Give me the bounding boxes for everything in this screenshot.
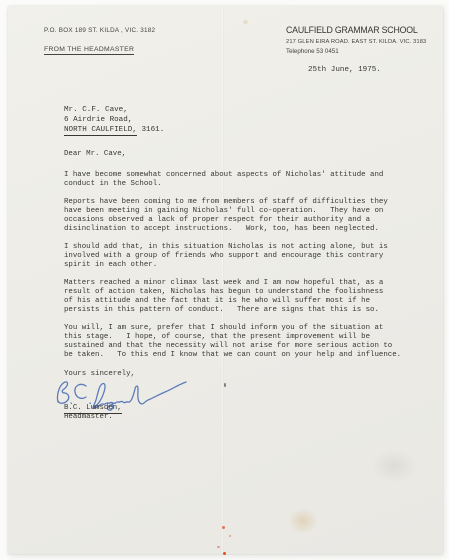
school-address: 217 GLEN EIRA ROAD. EAST ST. KILDA. VIC.…	[286, 39, 426, 45]
salutation: Dear Mr. Cave,	[64, 150, 126, 158]
ink-speck	[217, 546, 220, 548]
body-paragraph: You will, I am sure, prefer that I shoul…	[64, 324, 432, 360]
letterhead-po-box: P.O. BOX 189 ST. KILDA , VIC. 3182	[44, 27, 155, 34]
school-telephone: Telephone 53 0451	[286, 48, 426, 55]
letter-paper: P.O. BOX 189 ST. KILDA , VIC. 3182 FROM …	[8, 6, 443, 554]
stain-spot	[288, 508, 318, 534]
ink-speck	[223, 552, 226, 555]
ink-speck	[229, 535, 231, 537]
stain-smudge	[371, 449, 417, 483]
letter-body: I have become somewhat concerned about a…	[64, 171, 432, 369]
recipient-suburb-line: NORTH CAULFIELD, 3161.	[64, 125, 164, 135]
body-paragraph: I have become somewhat concerned about a…	[64, 171, 432, 189]
body-paragraph: Reports have been coming to me from memb…	[64, 198, 432, 234]
stain-dot	[242, 19, 249, 25]
letter-date: 25th June, 1975.	[308, 66, 381, 74]
recipient-suburb: NORTH CAULFIELD,	[64, 126, 137, 136]
school-name: CAULFIELD GRAMMAR SCHOOL	[286, 25, 426, 35]
letterhead-from-line: FROM THE HEADMASTER	[44, 46, 134, 55]
recipient-street: 6 Airdrie Road,	[64, 115, 164, 125]
letterhead-right: CAULFIELD GRAMMAR SCHOOL 217 GLEN EIRA R…	[286, 25, 426, 55]
paper-mark	[224, 383, 226, 387]
sender-block: B.C. Lumsden, Headmaster.	[64, 404, 122, 423]
recipient-address-block: Mr. C.F. Cave, 6 Airdrie Road, NORTH CAU…	[64, 105, 164, 135]
recipient-postcode: 3161.	[137, 126, 164, 134]
body-paragraph: Matters reached a minor climax last week…	[64, 279, 432, 315]
typed-sender-name: B.C. Lumsden,	[64, 404, 122, 414]
sender-title: Headmaster.	[64, 413, 122, 422]
photo-backdrop: P.O. BOX 189 ST. KILDA , VIC. 3182 FROM …	[0, 0, 449, 560]
ink-speck	[222, 526, 225, 529]
recipient-name: Mr. C.F. Cave,	[64, 105, 164, 115]
body-paragraph: I should add that, in this situation Nic…	[64, 243, 432, 270]
letterhead-left: P.O. BOX 189 ST. KILDA , VIC. 3182 FROM …	[44, 27, 155, 56]
